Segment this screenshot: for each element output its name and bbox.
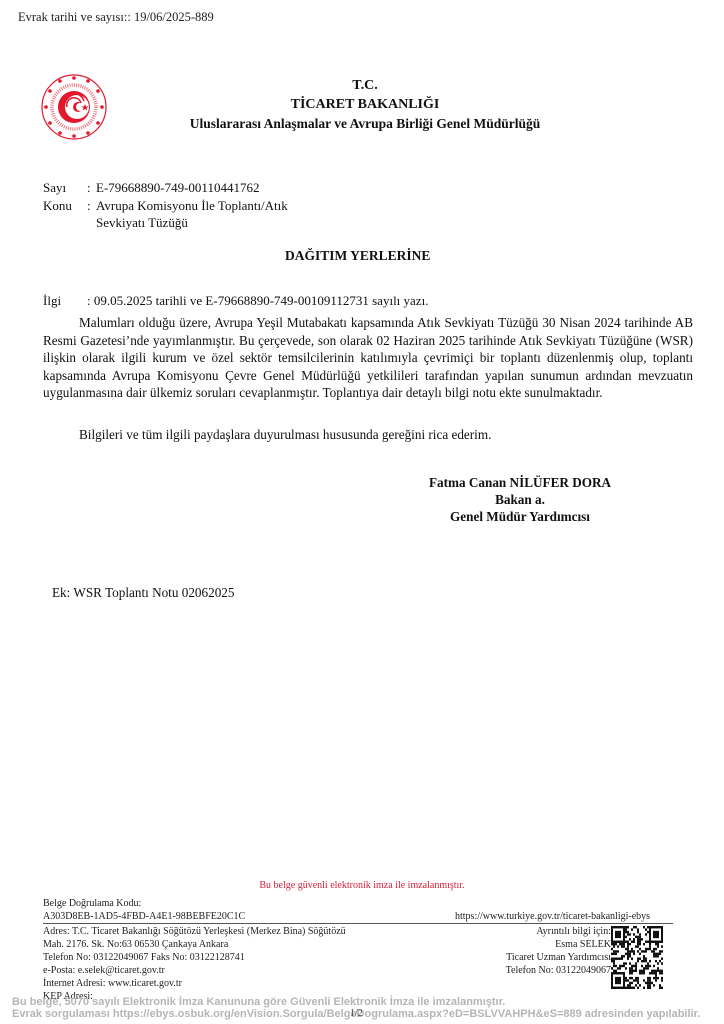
contact-label: Ayrıntılı bilgi için: [506,925,611,938]
footer-divider [43,923,673,924]
address-line: Mah. 2176. Sk. No:63 06530 Çankaya Ankar… [43,938,346,951]
signer-title: Genel Müdür Yardımcısı [400,508,640,525]
contact-block: Ayrıntılı bilgi için: Esma SELEK Ticaret… [506,925,611,977]
body-paragraph-2: Bilgileri ve tüm ilgili paydaşlara duyur… [43,426,693,444]
konu-colon: : [87,198,91,214]
signer-authority: Bakan a. [400,491,640,508]
verification-code: A303D8EB-1AD5-4FBD-A4E1-98BEBFE20C1C [43,910,245,923]
page-number: 1/2 [350,1008,363,1019]
website-line: İnternet Adresi: www.ticaret.gov.tr [43,977,346,990]
header-directorate: Uluslararası Anlaşmalar ve Avrupa Birliğ… [3,116,724,132]
konu-value-line2: Sevkiyatı Tüzüğü [96,215,188,231]
konu-value-line1: Avrupa Komisyonu İle Toplantı/Atık [96,198,288,214]
ilgi-label: İlgi [43,293,61,309]
verification-code-label: Belge Doğrulama Kodu: [43,897,141,910]
address-block: Adres: T.C. Ticaret Bakanlığı Söğütözü Y… [43,925,346,1003]
contact-name: Esma SELEK [506,938,611,951]
sayi-label: Sayı [43,180,66,196]
sayi-value: E-79668890-749-00110441762 [96,180,259,196]
contact-phone: Telefon No: 03122049067 [506,964,611,977]
qr-code-icon [611,926,663,989]
body-paragraph-1: Malumları olduğu üzere, Avrupa Yeşil Mut… [43,314,693,402]
konu-label: Konu [43,198,72,214]
signature-block: Fatma Canan NİLÜFER DORA Bakan a. Genel … [400,474,640,525]
legal-esign-statement: Bu belge, 5070 sayılı Elektronik İmza Ka… [12,996,505,1008]
sayi-colon: : [87,180,91,196]
signer-name: Fatma Canan NİLÜFER DORA [400,474,640,491]
address-line: Adres: T.C. Ticaret Bakanlığı Söğütözü Y… [43,925,346,938]
document-date-number: Evrak tarihi ve sayısı:: 19/06/2025-889 [18,10,214,25]
attachment-line: Ek: WSR Toplantı Notu 02062025 [52,585,235,601]
phone-fax-line: Telefon No: 03122049067 Faks No: 0312212… [43,951,346,964]
verification-url[interactable]: https://www.turkiye.gov.tr/ticaret-bakan… [455,910,650,923]
esign-note: Bu belge güvenli elektronik imza ile imz… [0,880,724,891]
contact-title: Ticaret Uzman Yardımcısı [506,951,611,964]
header-tc: T.C. [3,78,724,94]
distribution-heading: DAĞITIM YERLERİNE [285,248,430,264]
ilgi-value: : 09.05.2025 tarihli ve E-79668890-749-0… [87,293,428,309]
header-ministry: TİCARET BAKANLIĞI [3,97,724,113]
email-line: e-Posta: e.selek@ticaret.gov.tr [43,964,346,977]
